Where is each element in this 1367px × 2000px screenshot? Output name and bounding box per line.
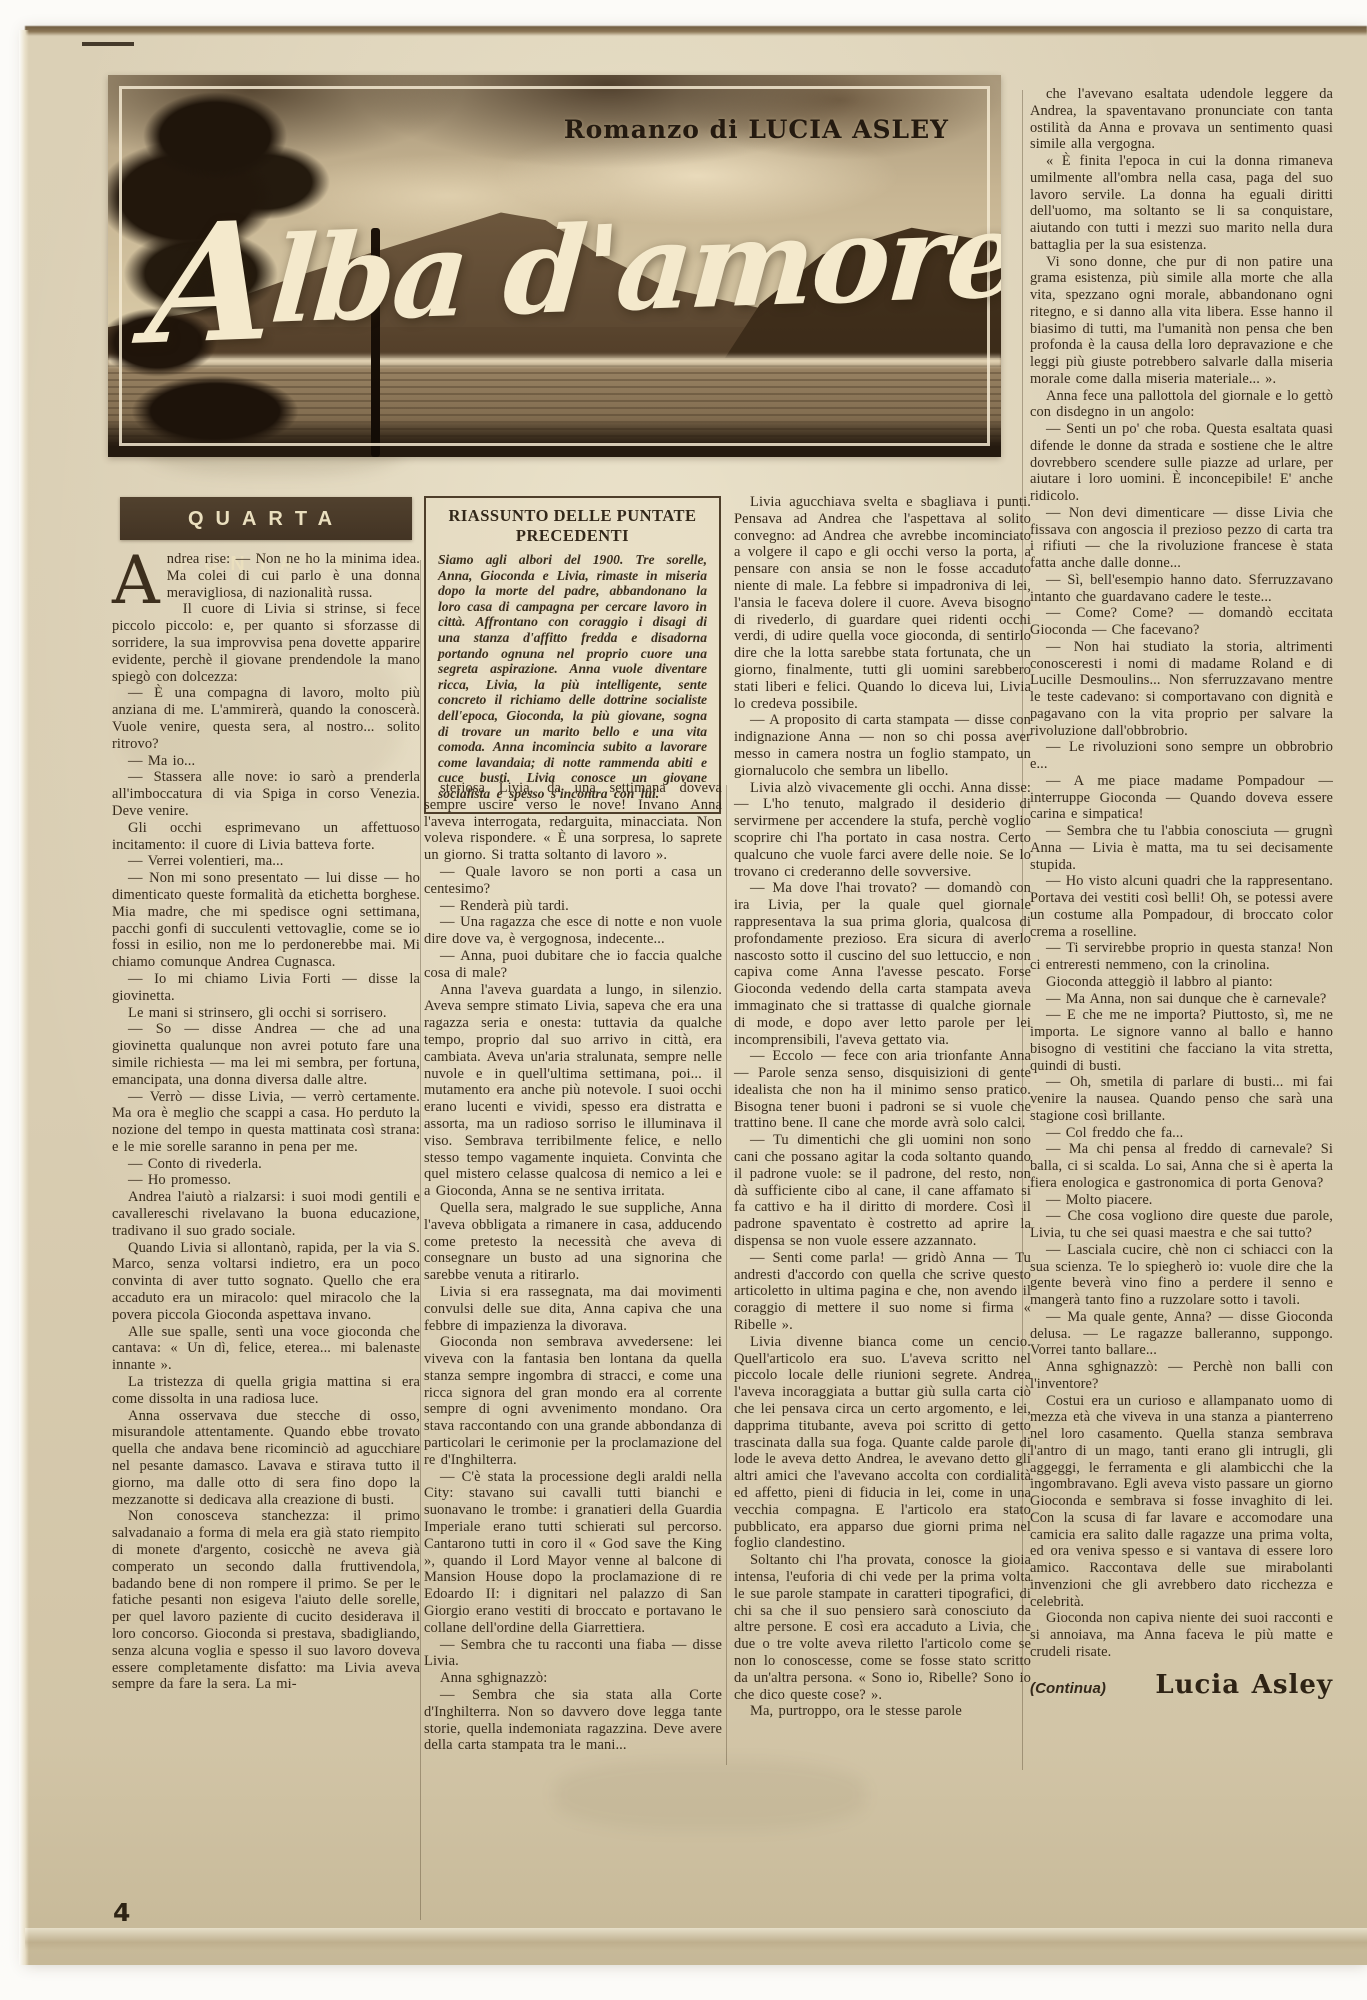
paragraph: Livia divenne bianca come un cencio. Que… (734, 1334, 1031, 1552)
paragraph: — Sembra che sia stata alla Corte d'Ingh… (424, 1687, 722, 1754)
paragraph: — Ho promesso. (112, 1172, 420, 1189)
paragraph: Gli occhi esprimevano un affettuoso inci… (112, 820, 420, 854)
paragraph: che l'avevano esaltata udendole leggere … (1030, 86, 1333, 153)
column-rule (420, 560, 421, 1920)
paragraph: — Che cosa vogliono dire queste due paro… (1030, 1208, 1333, 1242)
column-paragraphs: steriosa Livia, da una settimana doveva … (424, 780, 722, 1754)
opening-text: ndrea rise: — Non ne ho la minima idea. … (167, 551, 420, 601)
paragraph: — Le rivoluzioni sono sempre un obbrobri… (1030, 739, 1333, 773)
paragraph: — A me piace madame Pompadour — interrup… (1030, 773, 1333, 823)
drop-cap: A (112, 551, 167, 609)
paragraph: — Verrei volentieri, ma... (112, 853, 420, 870)
paragraph: — Renderà più tardi. (424, 898, 722, 915)
paper-left-edge (19, 30, 29, 1965)
summary-body: Siamo agli albori del 1900. Tre sorelle,… (438, 552, 707, 802)
paragraph: — C'è stata la processione degli araldi … (424, 1469, 722, 1637)
paragraph: Livia si era rassegnata, ma dai moviment… (424, 1284, 722, 1334)
torn-paper-edge (25, 26, 1367, 36)
paragraph: — Ti servirebbe proprio in questa stanza… (1030, 940, 1333, 974)
column-paragraphs: Livia agucchiava svelta e sbagliava i pu… (734, 494, 1031, 1720)
print-bleed-ghost (555, 1760, 865, 1830)
paragraph: — E che me ne importa? Piuttosto, sì, me… (1030, 1007, 1333, 1074)
column-paragraphs: Il cuore di Livia si strinse, si fece pi… (112, 601, 420, 1693)
title-rest: lba d'amore (267, 184, 1001, 350)
paragraph: — Verrò — disse Livia, — verrò certament… (112, 1089, 420, 1156)
paragraph: — Sembra che tu racconti una fiaba — dis… (424, 1637, 722, 1671)
paragraph: — A proposito di carta stampata — disse … (734, 712, 1031, 779)
paragraph: — Lasciala cucire, chè non ci schiacci c… (1030, 1242, 1333, 1309)
paragraph: — Oh, smetila di parlare di busti... mi … (1030, 1074, 1333, 1124)
opening-paragraph: Andrea rise: — Non ne ho la minima idea.… (112, 551, 420, 601)
text-column-4: che l'avevano esaltata udendole leggere … (1030, 86, 1333, 1697)
page-number: 4 (113, 1898, 130, 1927)
paragraph: La tristezza di quella grigia mattina si… (112, 1374, 420, 1408)
paragraph: — Non devi dimenticare — disse Livia che… (1030, 505, 1333, 572)
story-footer: (Continua) Lucia Asley (1030, 1677, 1333, 1698)
paragraph: Quando Livia si allontanò, rapida, per l… (112, 1240, 420, 1324)
paragraph: — Sembra che tu l'abbia conosciuta — gru… (1030, 823, 1333, 873)
text-column-3: Livia agucchiava svelta e sbagliava i pu… (734, 494, 1031, 1720)
text-column-2: steriosa Livia, da una settimana doveva … (424, 780, 722, 1754)
paragraph: — Ma io... (112, 753, 420, 770)
paragraph: — Una ragazza che esce di notte e non vu… (424, 914, 722, 948)
paragraph: « È finita l'epoca in cui la donna riman… (1030, 153, 1333, 254)
paragraph: — Conto di rivederla. (112, 1156, 420, 1173)
paragraph: Vi sono donne, che pur di non patire una… (1030, 254, 1333, 388)
column-rule (726, 785, 727, 1765)
magazine-page: Romanzo di LUCIA ASLEY Alba d'amore QUAR… (25, 30, 1367, 1965)
paragraph: — Come? Come? — domandò eccitata Giocond… (1030, 605, 1333, 639)
paragraph: Non conosceva stanchezza: il primo salva… (112, 1508, 420, 1693)
text-column-1: Andrea rise: — Non ne ho la minima idea.… (112, 551, 420, 1693)
paragraph: — Tu dimentichi che gli uomini non sono … (734, 1132, 1031, 1250)
paragraph: — Ma Anna, non sai dunque che è carneval… (1030, 991, 1333, 1008)
byline: Romanzo di LUCIA ASLEY (564, 115, 949, 144)
paragraph: — Quale lavoro se non porti a casa un ce… (424, 864, 722, 898)
paragraph: — Senti come parla! — gridò Anna — Tu an… (734, 1250, 1031, 1334)
paragraph: Gioconda non sembrava avvedersene: lei v… (424, 1334, 722, 1468)
paragraph: Alle sue spalle, sentì una voce gioconda… (112, 1324, 420, 1374)
paragraph: Livia agucchiava svelta e sbagliava i pu… (734, 494, 1031, 712)
paragraph: — Sì, bell'esempio hanno dato. Sferruzza… (1030, 572, 1333, 606)
paragraph: Anna sghignazzò: — Perchè non balli con … (1030, 1359, 1333, 1393)
paragraph: — So — disse Andrea — che ad una giovine… (112, 1021, 420, 1088)
paragraph: Anna sghignazzò: (424, 1670, 722, 1687)
summary-title: RIASSUNTO DELLE PUNTATE PRECEDENTI (438, 506, 707, 546)
paragraph: — Ho visto alcuni quadri che la rapprese… (1030, 873, 1333, 940)
summary-box: RIASSUNTO DELLE PUNTATE PRECEDENTI Siamo… (424, 496, 721, 814)
paragraph: Ma, purtroppo, ora le stesse parole (734, 1703, 1031, 1720)
paragraph: Anna osservava due stecche di osso, misu… (112, 1408, 420, 1509)
column-paragraphs: che l'avevano esaltata udendole leggere … (1030, 86, 1333, 1661)
paragraph: — Non mi sono presentato — lui disse — h… (112, 870, 420, 971)
paragraph: Le mani si strinsero, gli occhi si sorri… (112, 1005, 420, 1022)
paragraph: Anna l'aveva guardata a lungo, in silenz… (424, 982, 722, 1200)
scan-background: { "header": { "byline": "Romanzo di LUCI… (0, 0, 1367, 2000)
paragraph: Anna fece una pallottola del giornale e … (1030, 388, 1333, 422)
paragraph: Andrea l'aiutò a rialzarsi: i suoi modi … (112, 1189, 420, 1239)
paragraph: Costui era un curioso e allampanato uomo… (1030, 1393, 1333, 1611)
paragraph: — Non hai studiato la storia, altrimenti… (1030, 639, 1333, 740)
paper-crease (25, 1928, 1367, 1950)
paragraph: — È una compagna di lavoro, molto più an… (112, 685, 420, 752)
episode-banner: QUARTA PUNTATA (120, 497, 412, 540)
continua-label: (Continua) (1030, 1681, 1106, 1698)
paragraph: Gioconda non capiva niente dei suoi racc… (1030, 1610, 1333, 1660)
author-signature: Lucia Asley (1155, 1677, 1333, 1694)
page-title: Alba d'amore (142, 160, 1001, 382)
paragraph: — Col freddo che fa... (1030, 1125, 1333, 1142)
paragraph: Soltanto chi l'ha provata, conosce la gi… (734, 1552, 1031, 1703)
paragraph: — Senti un po' che roba. Questa esaltata… (1030, 421, 1333, 505)
paragraph: — Ma dove l'hai trovato? — domandò con i… (734, 880, 1031, 1048)
paragraph: Quella sera, malgrado le sue suppliche, … (424, 1200, 722, 1284)
header-photo: Romanzo di LUCIA ASLEY Alba d'amore (108, 75, 1001, 457)
title-initial: A (142, 186, 279, 382)
paragraph: — Io mi chiamo Livia Forti — disse la gi… (112, 971, 420, 1005)
paragraph: — Ma quale gente, Anna? — disse Gioconda… (1030, 1309, 1333, 1359)
scan-mark (82, 42, 134, 46)
paragraph: Gioconda atteggiò il labbro al pianto: (1030, 974, 1333, 991)
paragraph: steriosa Livia, da una settimana doveva … (424, 780, 722, 864)
paragraph: — Anna, puoi dubitare che io faccia qual… (424, 948, 722, 982)
paragraph: — Eccolo — fece con aria trionfante Anna… (734, 1048, 1031, 1132)
paragraph: — Stassera alle nove: io sarò a prenderl… (112, 769, 420, 819)
paragraph: Livia alzò vivacemente gli occhi. Anna d… (734, 780, 1031, 881)
paragraph: — Molto piacere. (1030, 1192, 1333, 1209)
paragraph: — Ma chi pensa al freddo di carnevale? S… (1030, 1141, 1333, 1191)
